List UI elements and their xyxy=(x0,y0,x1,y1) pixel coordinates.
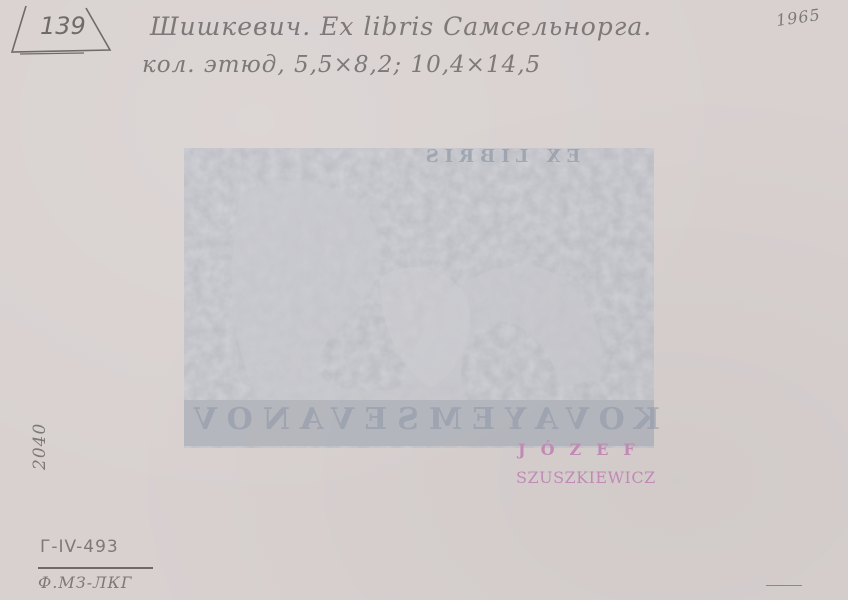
accession-divider xyxy=(38,567,153,569)
catalog-number-mark: 139 xyxy=(6,4,118,58)
stamp-first-name: JÓZEF xyxy=(518,440,650,459)
pencil-tick-mark xyxy=(766,585,802,586)
annotation-line-1: Шишкевич. Ex libris Самсельнорга. xyxy=(150,12,652,41)
annotation-line-2: кол. этюд, 5,5×8,2; 10,4×14,5 xyxy=(142,52,541,78)
accession-number-bottom: Ф.МЗ-ЛКГ xyxy=(38,573,132,592)
side-number: 2040 xyxy=(30,423,50,470)
catalog-number: 139 xyxy=(40,12,86,40)
print-title: EX LIBRIS xyxy=(360,146,640,167)
stamp-last-name: SZUSZKIEWICZ xyxy=(516,468,656,487)
print-owner-name: KOVAYEMSEVANOV xyxy=(190,402,660,437)
bleed-through-print: EX LIBRIS KOVAYEMSEVANOV xyxy=(180,138,660,458)
accession-number-top: Г-IV-493 xyxy=(40,537,119,557)
